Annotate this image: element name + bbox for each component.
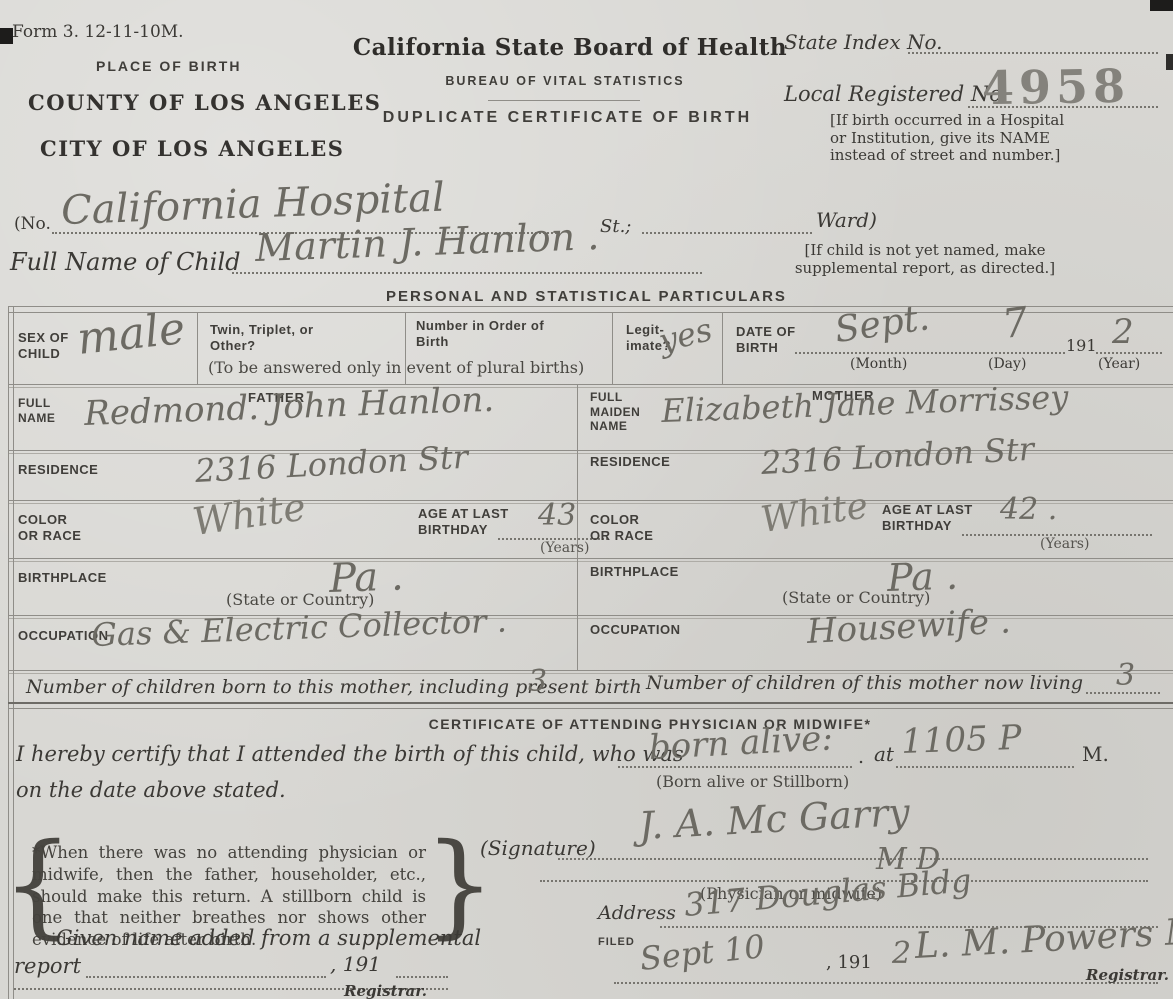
filed-year-prefix: , 191: [826, 952, 872, 973]
mother-occupation-value: Housewife .: [806, 601, 1012, 652]
order-of-birth-label: Number in Order of Birth: [416, 318, 551, 350]
sex-of-child-label: SEX OF CHILD: [18, 330, 82, 362]
father-age-label: AGE AT LAST BIRTHDAY: [418, 506, 530, 538]
board-title: California State Board of Health: [0, 34, 1140, 61]
twin-triplet-label: Twin, Triplet, or Other?: [210, 322, 318, 354]
rule: [722, 312, 723, 385]
no-label: (No.: [14, 214, 51, 234]
father-color-value: White: [190, 485, 308, 544]
father-birthplace-value: Pa .: [328, 553, 404, 602]
address-label: Address: [598, 902, 676, 924]
father-birthplace-label: BIRTHPLACE: [18, 570, 107, 586]
rule: [8, 306, 1173, 307]
dotted-rule: [396, 976, 448, 978]
registrar-right-label: Registrar.: [1086, 966, 1169, 984]
plural-births-note: (To be answered only in event of plural …: [208, 358, 584, 377]
dotted-rule: [86, 976, 326, 978]
rule: [577, 384, 578, 670]
rule: [8, 500, 1173, 501]
report-label: report: [14, 954, 81, 978]
state-index-label: State Index No.: [784, 30, 943, 54]
dotted-rule: [1096, 352, 1162, 354]
signature-label: (Signature): [480, 836, 596, 860]
filed-date-value: Sept 10: [638, 927, 766, 978]
ward-label: Ward): [816, 208, 877, 232]
unnamed-child-note: [If child is not yet named, make supplem…: [770, 242, 1080, 277]
filed-label: FILED: [598, 936, 635, 949]
mother-color-label: COLOR OR RACE: [590, 512, 660, 544]
mother-residence-label: RESIDENCE: [590, 454, 670, 470]
dotted-rule: [232, 272, 702, 274]
dotted-rule: [896, 766, 1074, 768]
year-prefix: 191: [1066, 336, 1097, 355]
period-mark: .: [858, 746, 864, 768]
rule: [8, 670, 1173, 671]
mother-name-value: Elizabeth Jane Morrissey: [661, 378, 1069, 430]
legitimate-value: yes: [655, 310, 716, 360]
father-age-unit: (Years): [540, 540, 589, 556]
born-alive-value: born alive:: [648, 718, 834, 768]
mother-age-unit: (Years): [1040, 536, 1089, 552]
mother-age-label: AGE AT LAST BIRTHDAY: [882, 502, 994, 534]
physician-signature: J. A. Mc Garry: [638, 790, 911, 848]
day-hint: (Day): [988, 356, 1026, 372]
father-name-label: FULL NAME: [18, 396, 66, 425]
children-born-value: 3: [528, 664, 547, 699]
rule: [8, 702, 1173, 704]
filed-year-digit: 2: [892, 936, 911, 971]
mother-color-value: White: [758, 485, 870, 541]
certify-text: I hereby certify that I attended the bir…: [16, 742, 684, 766]
father-name-value: Redmond. John Hanlon.: [84, 380, 495, 434]
full-name-of-child-label: Full Name of Child: [10, 248, 240, 276]
rule: [8, 708, 1173, 709]
father-residence-value: 2316 London Str: [194, 438, 469, 490]
dotted-rule: [642, 232, 812, 234]
rule: [612, 312, 613, 385]
mother-age-value: 42 .: [1000, 492, 1057, 527]
rule: [197, 312, 198, 385]
children-born-label: Number of children born to this mother, …: [26, 676, 642, 698]
scan-artifact: [1166, 54, 1173, 70]
birth-certificate-document: Form 3. 12-11-10M. PLACE OF BIRTH COUNTY…: [0, 0, 1173, 999]
dotted-rule: [908, 52, 1158, 54]
children-living-value: 3: [1116, 658, 1135, 693]
report-year-prefix: , 191: [330, 952, 381, 976]
at-label: at: [874, 742, 894, 766]
mother-occupation-label: OCCUPATION: [590, 622, 680, 638]
dotted-rule: [558, 858, 1148, 860]
dotted-rule: [614, 982, 1158, 984]
dotted-rule: [795, 352, 1065, 354]
local-registered-number: 4958: [982, 59, 1131, 116]
year-hint: (Year): [1098, 356, 1140, 372]
street-label: St.;: [600, 216, 631, 237]
supplemental-text: Given name added from a supplemental: [56, 926, 481, 950]
month-hint: (Month): [850, 356, 907, 372]
mother-name-label: FULL MAIDEN NAME: [590, 390, 652, 434]
born-alive-hint: (Born alive or Stillborn): [656, 772, 849, 791]
local-registered-label: Local Registered No.: [784, 82, 1008, 106]
sex-value: male: [75, 303, 188, 365]
time-value: 1105 P: [901, 718, 1023, 762]
city-title: CITY OF LOS ANGELES: [40, 136, 344, 161]
scan-artifact: [1150, 0, 1173, 11]
father-age-value: 43: [538, 498, 576, 533]
address-value: 317 Douglas Bldg: [683, 861, 973, 924]
date-of-birth-label: DATE OF BIRTH: [736, 324, 806, 356]
rule: [488, 100, 640, 101]
registrar-signature: L. M. Powers M.D.: [914, 908, 1173, 967]
mother-birthplace-value: Pa .: [886, 554, 958, 600]
father-residence-label: RESIDENCE: [18, 462, 98, 478]
meridiem-label: M.: [1082, 742, 1109, 766]
father-color-label: COLOR OR RACE: [18, 512, 88, 544]
registrar-left-label: Registrar.: [344, 982, 427, 999]
children-living-label: Number of children of this mother now li…: [646, 672, 1083, 694]
mother-residence-value: 2316 London Str: [760, 430, 1035, 482]
father-occupation-value: Gas & Electric Collector .: [91, 602, 508, 654]
hospital-note: [If birth occurred in a Hospital or Inst…: [830, 112, 1082, 165]
mother-birthplace-label: BIRTHPLACE: [590, 564, 679, 580]
rule: [8, 558, 1173, 559]
birth-year-value: 2: [1112, 312, 1134, 352]
date-stated-text: on the date above stated.: [16, 778, 286, 802]
